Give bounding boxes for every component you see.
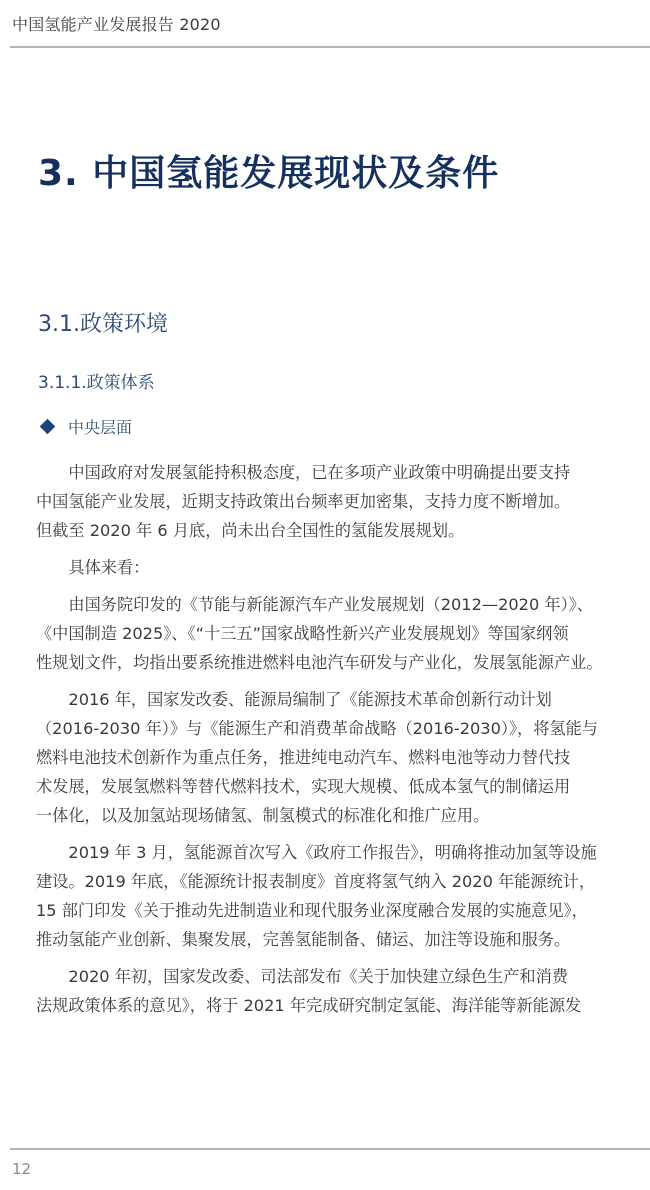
text-line: 燃料电池技术创新作为重点任务，推进纯电动汽车、燃料电池等动力替代技 [36, 743, 630, 772]
text-line: 建设。2019 年底，《能源统计报表制度》首度将氢气纳入 2020 年能源统计， [36, 867, 630, 896]
text-line: 《中国制造 2025》、《“十三五”国家战略性新兴产业发展规划》等国家纲领 [36, 619, 630, 648]
bullet-heading-label: 中央层面 [68, 415, 132, 438]
text-line: 2019 年 3 月，氢能源首次写入《政府工作报告》，明确将推动加氢等设施 [36, 838, 630, 867]
page-number: 12 [12, 1160, 31, 1178]
text-line: 性规划文件，均指出要系统推进燃料电池汽车研发与产业化，发展氢能源产业。 [36, 648, 630, 677]
bullet-heading: 中央层面 [39, 415, 132, 438]
text-line: 具体来看： [36, 553, 630, 582]
paragraph: 2020 年初，国家发改委、司法部发布《关于加快建立绿色生产和消费 法规政策体系… [36, 962, 630, 1020]
chapter-title: 3. 中国氢能发展现状及条件 [38, 145, 499, 196]
text-line: 中国政府对发展氢能持积极态度，已在多项产业政策中明确提出要支持 [36, 458, 630, 487]
paragraph: 2016 年，国家发改委、能源局编制了《能源技术革命创新行动计划 （2016-2… [36, 685, 630, 830]
text-line: 2016 年，国家发改委、能源局编制了《能源技术革命创新行动计划 [36, 685, 630, 714]
subsection-title: 3.1.1.政策体系 [38, 368, 155, 393]
text-line: 15 部门印发《关于推动先进制造业和现代服务业深度融合发展的实施意见》， [36, 896, 630, 925]
paragraph: 由国务院印发的《节能与新能源汽车产业发展规划（2012—2020 年）》、 《中… [36, 590, 630, 677]
text-line: （2016-2030 年）》与《能源生产和消费革命战略（2016-2030）》，… [36, 714, 630, 743]
header-divider [10, 46, 650, 48]
text-line: 但截至 2020 年 6 月底，尚未出台全国性的氢能发展规划。 [36, 516, 630, 545]
diamond-icon [40, 419, 56, 435]
text-line: 推动氢能产业创新、集聚发展，完善氢能制备、储运、加注等设施和服务。 [36, 925, 630, 954]
paragraph: 2019 年 3 月，氢能源首次写入《政府工作报告》，明确将推动加氢等设施 建设… [36, 838, 630, 954]
text-line: 法规政策体系的意见》，将于 2021 年完成研究制定氢能、海洋能等新能源发 [36, 991, 630, 1020]
text-line: 由国务院印发的《节能与新能源汽车产业发展规划（2012—2020 年）》、 [36, 590, 630, 619]
text-line: 2020 年初，国家发改委、司法部发布《关于加快建立绿色生产和消费 [36, 962, 630, 991]
paragraph: 具体来看： [36, 553, 630, 582]
text-line: 术发展，发展氢燃料等替代燃料技术，实现大规模、低成本氢气的制储运用 [36, 772, 630, 801]
section-title: 3.1.政策环境 [38, 307, 168, 338]
body-text: 中国政府对发展氢能持积极态度，已在多项产业政策中明确提出要支持 中国氢能产业发展… [36, 458, 630, 1028]
footer-divider [10, 1148, 650, 1150]
text-line: 中国氢能产业发展，近期支持政策出台频率更加密集，支持力度不断增加。 [36, 487, 630, 516]
paragraph: 中国政府对发展氢能持积极态度，已在多项产业政策中明确提出要支持 中国氢能产业发展… [36, 458, 630, 545]
running-header-title: 中国氢能产业发展报告 2020 [12, 12, 221, 35]
text-line: 一体化，以及加氢站现场储氢、制氢模式的标准化和推广应用。 [36, 801, 630, 830]
